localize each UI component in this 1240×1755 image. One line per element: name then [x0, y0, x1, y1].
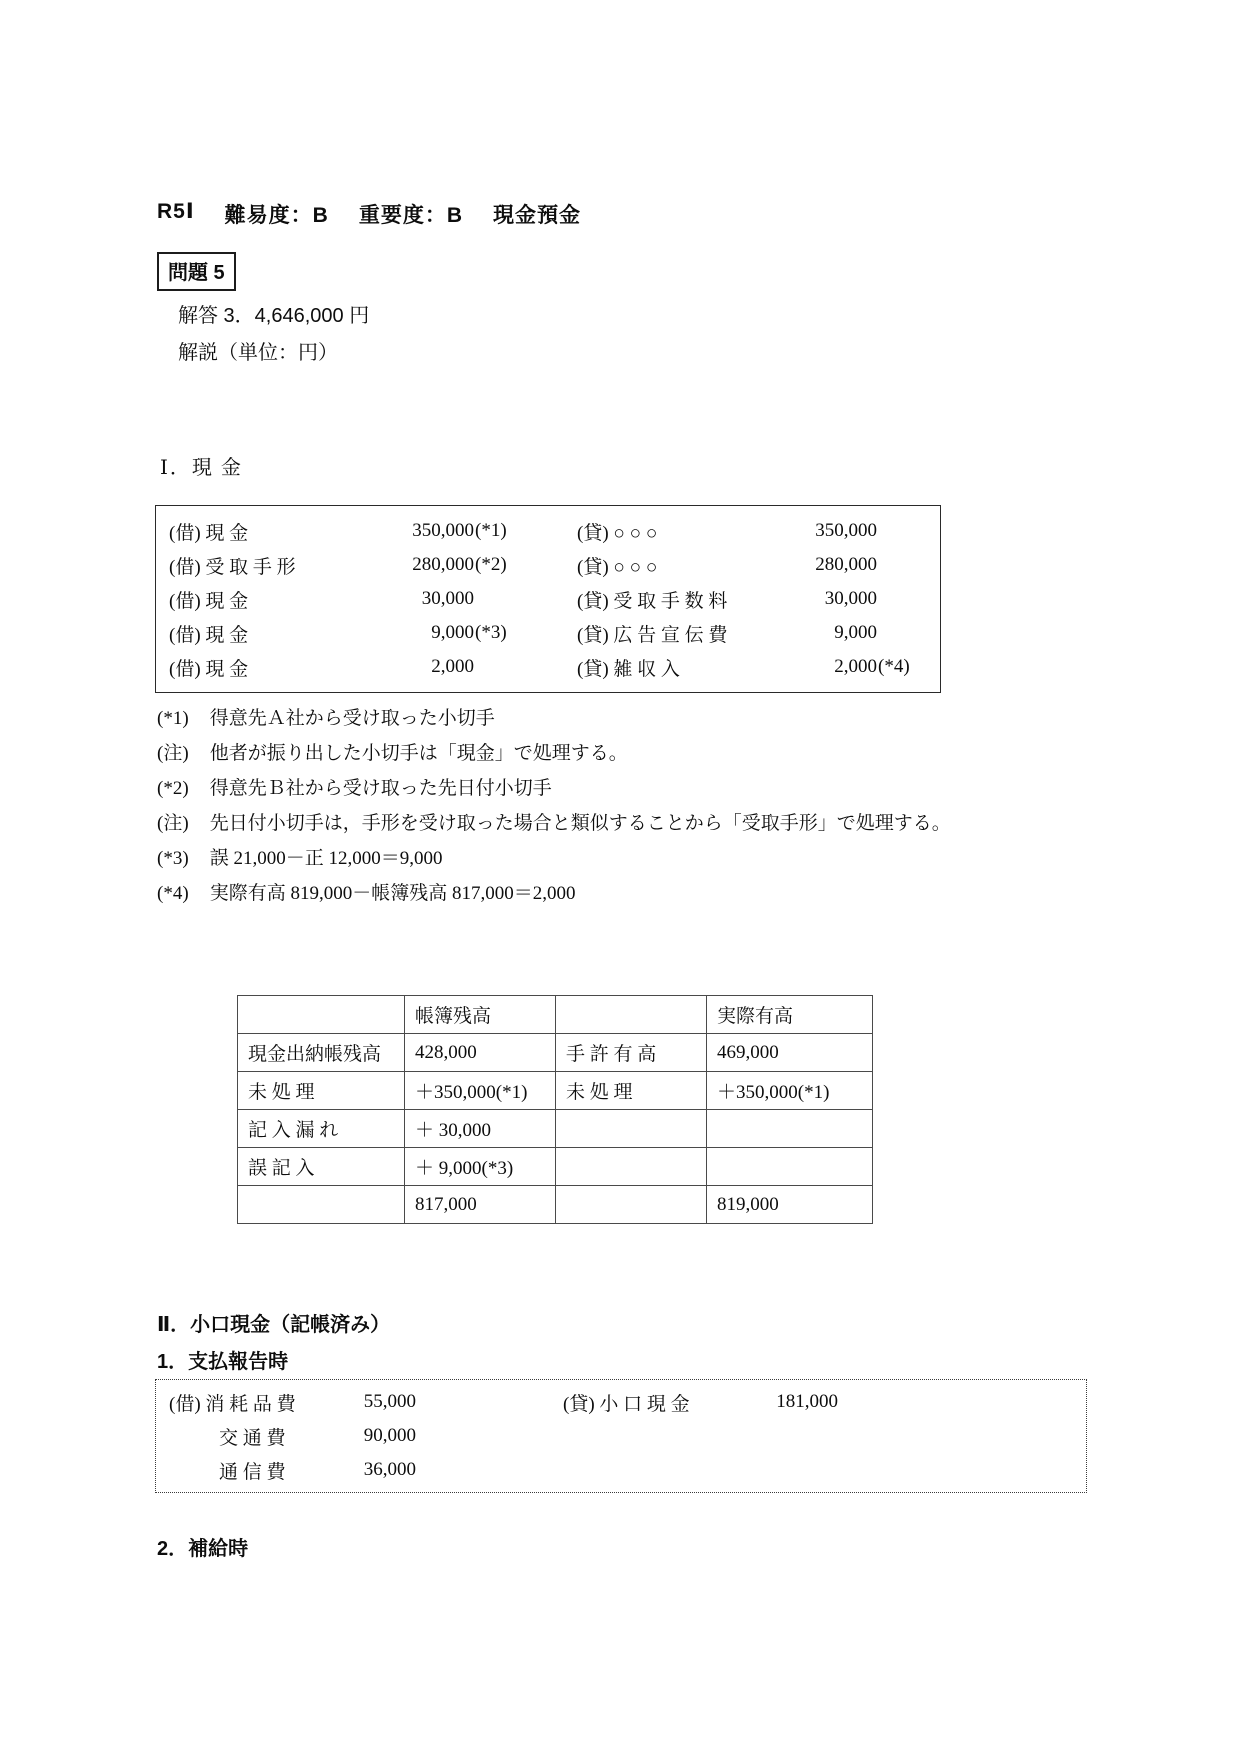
debit-note-ref: (*3)	[474, 622, 522, 644]
footnote-text: 誤 21,000－正 12,000＝9,000	[210, 848, 443, 869]
recon-cell	[238, 1186, 405, 1224]
footnote: (*1) 得意先Ａ社から受け取った小切手	[157, 701, 1117, 736]
footnote: (*2) 得意先Ｂ社から受け取った先日付小切手	[157, 771, 1117, 806]
credit-amount: 280,000	[805, 554, 877, 576]
section2-title: Ⅱ．小口現金（記帳済み）	[157, 1308, 390, 1337]
journal-row: (借) 受 取 手 形 280,000 (*2) (貸) ○ ○ ○ 280,0…	[156, 548, 940, 582]
credit-account: (貸) 小 口 現 金	[563, 1389, 748, 1416]
journal-table-cash: (借) 現 金 350,000 (*1) (貸) ○ ○ ○ 350,000 (…	[155, 505, 941, 693]
topic-label: 現金預金	[493, 199, 581, 229]
recon-cell: ＋ 30,000	[405, 1110, 556, 1148]
credit-amount: 2,000	[805, 656, 877, 678]
recon-header-cell	[556, 996, 707, 1034]
reconciliation-table: 帳簿残高 実際有高 現金出納帳残高 428,000 手 許 有 高 469,00…	[237, 995, 873, 1224]
footnote: (注) 他者が振り出した小切手は「現金」で処理する。	[157, 736, 1117, 771]
footnote-text: 実際有高 819,000－帳簿残高 817,000＝2,000	[210, 883, 576, 904]
debit-amount: 9,000	[399, 622, 474, 644]
answer-line: 解答 3．4,646,000 円	[178, 299, 369, 328]
debit-amount: 90,000	[331, 1425, 416, 1447]
credit-amount: 350,000	[805, 520, 877, 542]
journal-row: 交 通 費 90,000	[156, 1419, 1086, 1453]
footnote: (注) 先日付小切手は，手形を受け取った場合と類似することから「受取手形」で処理…	[157, 806, 1117, 841]
journal-row: (借) 消 耗 品 費 55,000 (貸) 小 口 現 金 181,000	[156, 1385, 1086, 1419]
recon-cell: 手 許 有 高	[556, 1034, 707, 1072]
debit-amount: 30,000	[399, 588, 474, 610]
debit-note-ref: (*1)	[474, 520, 522, 542]
footnote-tag: (注)	[157, 736, 205, 771]
credit-account: (貸) 雑 収 入	[577, 654, 805, 681]
recon-cell: ＋350,000(*1)	[405, 1072, 556, 1110]
recon-cell: 現金出納帳残高	[238, 1034, 405, 1072]
recon-cell: 428,000	[405, 1034, 556, 1072]
debit-account: 交 通 費	[156, 1423, 331, 1450]
footnote-text: 得意先Ｂ社から受け取った先日付小切手	[210, 778, 552, 799]
journal-row: 通 信 費 36,000	[156, 1453, 1086, 1487]
recon-cell	[556, 1148, 707, 1186]
journal-row: (借) 現 金 2,000 (貸) 雑 収 入 2,000 (*4)	[156, 650, 940, 684]
credit-note-ref: (*4)	[877, 656, 926, 678]
subsection1-title: 1．支払報告時	[157, 1345, 288, 1374]
debit-amount: 280,000	[399, 554, 474, 576]
recon-row: 現金出納帳残高 428,000 手 許 有 高 469,000	[238, 1034, 873, 1072]
footnote-tag: (*1)	[157, 701, 205, 736]
debit-account: (借) 受 取 手 形	[156, 552, 399, 579]
debit-account: (借) 現 金	[156, 586, 399, 613]
importance-label: 重要度：B	[359, 199, 463, 229]
recon-cell: 469,000	[707, 1034, 873, 1072]
credit-account: (貸) 受 取 手 数 料	[577, 586, 805, 613]
debit-amount: 55,000	[331, 1391, 416, 1413]
recon-cell: 未 処 理	[238, 1072, 405, 1110]
footnote-tag: (注)	[157, 806, 205, 841]
footnote-tag: (*2)	[157, 771, 205, 806]
problem-number-box: 問題 5	[157, 252, 236, 291]
recon-header-row: 帳簿残高 実際有高	[238, 996, 873, 1034]
footnote-tag: (*3)	[157, 841, 205, 876]
footnote-text: 先日付小切手は，手形を受け取った場合と類似することから「受取手形」で処理する。	[210, 813, 951, 834]
credit-account: (貸) 広 告 宣 伝 費	[577, 620, 805, 647]
footnote-tag: (*4)	[157, 876, 205, 911]
footnote-text: 他者が振り出した小切手は「現金」で処理する。	[210, 743, 628, 764]
journal-row: (借) 現 金 30,000 (貸) 受 取 手 数 料 30,000	[156, 582, 940, 616]
credit-account: (貸) ○ ○ ○	[577, 518, 805, 545]
footnote-text: 得意先Ａ社から受け取った小切手	[210, 708, 495, 729]
course-tag: R5Ⅰ	[157, 199, 195, 229]
recon-cell: 誤 記 入	[238, 1148, 405, 1186]
doc-header: R5Ⅰ 難易度：B 重要度：B 現金預金	[157, 199, 581, 229]
difficulty-label: 難易度：B	[225, 199, 329, 229]
recon-row: 誤 記 入 ＋ 9,000(*3)	[238, 1148, 873, 1186]
credit-amount: 9,000	[805, 622, 877, 644]
recon-cell: 記 入 漏 れ	[238, 1110, 405, 1148]
recon-cell: 817,000	[405, 1186, 556, 1224]
recon-row: 817,000 819,000	[238, 1186, 873, 1224]
recon-cell: ＋350,000(*1)	[707, 1072, 873, 1110]
debit-amount: 350,000	[399, 520, 474, 542]
recon-header-cell: 実際有高	[707, 996, 873, 1034]
unit-note: 解説（単位：円）	[178, 336, 338, 365]
debit-note-ref: (*2)	[474, 554, 522, 576]
recon-row: 記 入 漏 れ ＋ 30,000	[238, 1110, 873, 1148]
recon-header-cell: 帳簿残高	[405, 996, 556, 1034]
journal-table-petty-cash: (借) 消 耗 品 費 55,000 (貸) 小 口 現 金 181,000 交…	[155, 1379, 1087, 1493]
footnote: (*3) 誤 21,000－正 12,000＝9,000	[157, 841, 1117, 876]
credit-account: (貸) ○ ○ ○	[577, 552, 805, 579]
debit-account: (借) 現 金	[156, 518, 399, 545]
debit-account: (借) 現 金	[156, 654, 399, 681]
recon-cell	[556, 1186, 707, 1224]
credit-amount: 30,000	[805, 588, 877, 610]
recon-cell	[707, 1110, 873, 1148]
journal-row: (借) 現 金 350,000 (*1) (貸) ○ ○ ○ 350,000	[156, 514, 940, 548]
recon-row: 未 処 理 ＋350,000(*1) 未 処 理 ＋350,000(*1)	[238, 1072, 873, 1110]
footnotes: (*1) 得意先Ａ社から受け取った小切手 (注) 他者が振り出した小切手は「現金…	[157, 701, 1117, 911]
recon-cell: ＋ 9,000(*3)	[405, 1148, 556, 1186]
section1-title: Ⅰ．現 金	[160, 451, 243, 480]
recon-cell: 未 処 理	[556, 1072, 707, 1110]
subsection2-title: 2．補給時	[157, 1532, 248, 1561]
recon-cell	[556, 1110, 707, 1148]
debit-account: (借) 現 金	[156, 620, 399, 647]
recon-cell: 819,000	[707, 1186, 873, 1224]
journal-row: (借) 現 金 9,000 (*3) (貸) 広 告 宣 伝 費 9,000	[156, 616, 940, 650]
debit-account: (借) 消 耗 品 費	[156, 1389, 331, 1416]
debit-amount: 36,000	[331, 1459, 416, 1481]
footnote: (*4) 実際有高 819,000－帳簿残高 817,000＝2,000	[157, 876, 1117, 911]
recon-header-cell	[238, 996, 405, 1034]
debit-account: 通 信 費	[156, 1457, 331, 1484]
recon-cell	[707, 1148, 873, 1186]
credit-amount: 181,000	[748, 1391, 838, 1413]
debit-amount: 2,000	[399, 656, 474, 678]
